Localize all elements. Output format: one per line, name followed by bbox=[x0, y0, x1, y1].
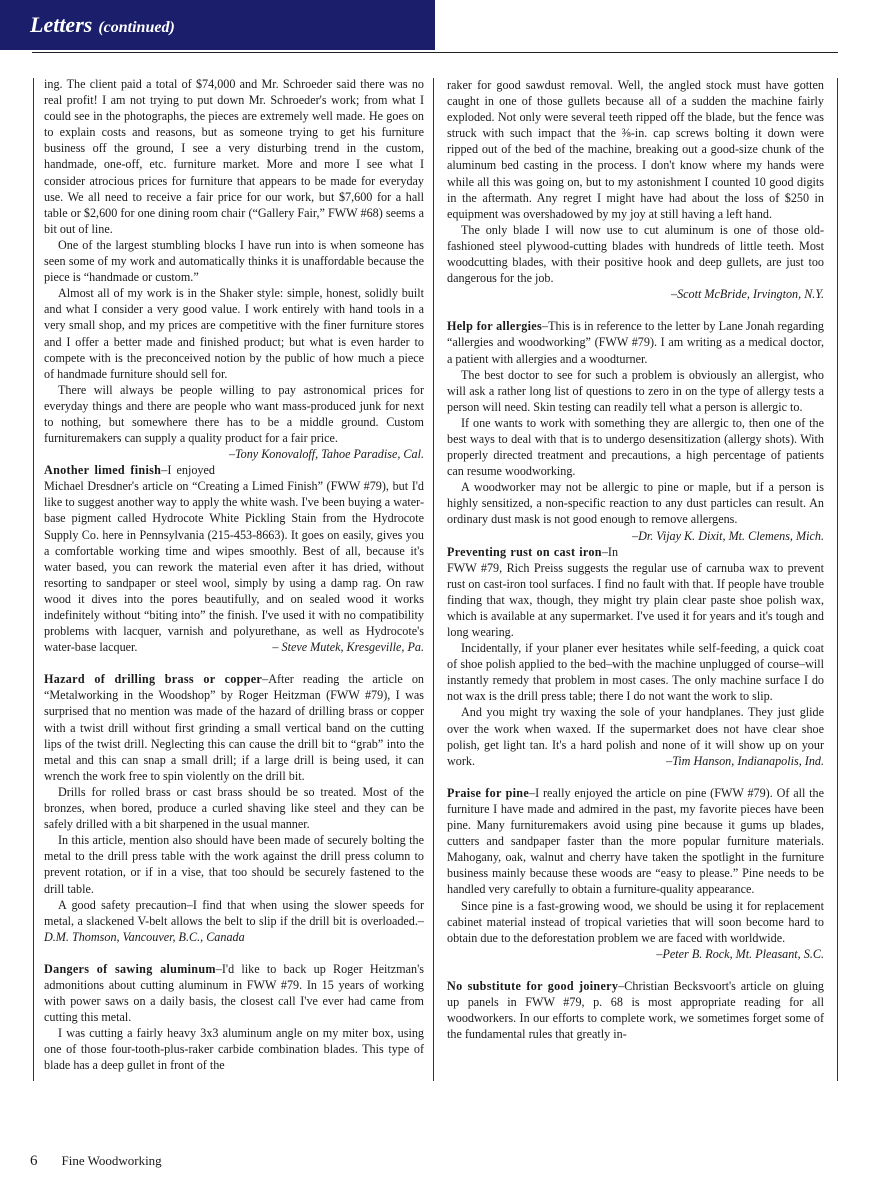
letter-praise-for-pine: Praise for pine–I really enjoyed the art… bbox=[447, 785, 824, 962]
signature: –Peter B. Rock, Mt. Pleasant, S.C. bbox=[447, 946, 824, 962]
letter-continuation: ing. The client paid a total of $74,000 … bbox=[44, 76, 424, 446]
page-footer: 6Fine Woodworking bbox=[30, 1153, 162, 1170]
publication-name: Fine Woodworking bbox=[62, 1153, 162, 1168]
paragraph: Almost all of my work is in the Shaker s… bbox=[44, 285, 424, 382]
paragraph: Incidentally, if your planer ever hesita… bbox=[447, 640, 824, 704]
letter-heading: Another limed finish bbox=[44, 463, 161, 477]
letter-heading: Praise for pine bbox=[447, 786, 529, 800]
page-title: Letters(continued) bbox=[30, 12, 175, 38]
signature: –Tony Konovaloff, Tahoe Paradise, Cal. bbox=[215, 446, 424, 462]
section-subtitle: (continued) bbox=[98, 19, 174, 36]
paragraph: And you might try waxing the sole of you… bbox=[447, 704, 824, 768]
signature: –Tim Hanson, Indianapolis, Ind. bbox=[652, 753, 824, 769]
signature: –Dr. Vijay K. Dixit, Mt. Clemens, Mich. bbox=[618, 528, 824, 544]
paragraph: Drills for rolled brass or cast brass sh… bbox=[44, 784, 424, 832]
paragraph: If one wants to work with something they… bbox=[447, 415, 824, 479]
letter-heading: Hazard of drilling brass or copper bbox=[44, 672, 262, 686]
paragraph: A woodworker may not be allergic to pine… bbox=[447, 479, 824, 527]
paragraph: There will always be people willing to p… bbox=[44, 382, 424, 446]
paragraph: Preventing rust on cast iron–In FWW #79,… bbox=[447, 544, 824, 641]
left-column: ing. The client paid a total of $74,000 … bbox=[44, 76, 424, 1090]
paragraph: The best doctor to see for such a proble… bbox=[447, 367, 824, 415]
letter-heading: Help for allergies bbox=[447, 319, 542, 333]
letter-continuation: raker for good sawdust removal. Well, th… bbox=[447, 77, 824, 302]
letter-heading: No substitute for good joinery bbox=[447, 979, 618, 993]
paragraph: raker for good sawdust removal. Well, th… bbox=[447, 77, 824, 222]
paragraph: Hazard of drilling brass or copper–After… bbox=[44, 671, 424, 784]
paragraph: Dangers of sawing aluminum–I'd like to b… bbox=[44, 961, 424, 1025]
paragraph: No substitute for good joinery–Christian… bbox=[447, 978, 824, 1042]
right-column-border bbox=[837, 78, 838, 1081]
letter-heading: Preventing rust on cast iron bbox=[447, 545, 602, 559]
paragraph: A good safety precaution–I find that whe… bbox=[44, 897, 424, 945]
paragraph: In this article, mention also should hav… bbox=[44, 832, 424, 896]
section-title: Letters bbox=[30, 12, 92, 37]
page-number: 6 bbox=[30, 1153, 38, 1169]
letter-help-for-allergies: Help for allergies–This is in reference … bbox=[447, 318, 824, 527]
letter-no-substitute-joinery: No substitute for good joinery–Christian… bbox=[447, 978, 824, 1042]
right-column: raker for good sawdust removal. Well, th… bbox=[447, 77, 824, 1058]
paragraph: The only blade I will now use to cut alu… bbox=[447, 222, 824, 286]
letter-preventing-rust: Preventing rust on cast iron–In FWW #79,… bbox=[447, 544, 824, 769]
paragraph: Another limed finish–I enjoyed Michael D… bbox=[44, 462, 424, 655]
letter-dangers-sawing-aluminum: Dangers of sawing aluminum–I'd like to b… bbox=[44, 961, 424, 1074]
column-divider bbox=[433, 78, 434, 1081]
paragraph: Since pine is a fast-growing wood, we sh… bbox=[447, 898, 824, 946]
left-column-border bbox=[33, 78, 34, 1081]
letter-hazard-drilling-brass: Hazard of drilling brass or copper–After… bbox=[44, 671, 424, 945]
signature: –Scott McBride, Irvington, N.Y. bbox=[447, 286, 824, 302]
paragraph: Help for allergies–This is in reference … bbox=[447, 318, 824, 366]
header-rule bbox=[32, 52, 838, 53]
paragraph: Praise for pine–I really enjoyed the art… bbox=[447, 785, 824, 898]
paragraph: I was cutting a fairly heavy 3x3 aluminu… bbox=[44, 1025, 424, 1073]
signature: – Steve Mutek, Kresgeville, Pa. bbox=[272, 639, 424, 655]
letter-heading: Dangers of sawing aluminum bbox=[44, 962, 216, 976]
paragraph: One of the largest stumbling blocks I ha… bbox=[44, 237, 424, 285]
paragraph: ing. The client paid a total of $74,000 … bbox=[44, 76, 424, 237]
letter-another-limed-finish: Another limed finish–I enjoyed Michael D… bbox=[44, 462, 424, 655]
